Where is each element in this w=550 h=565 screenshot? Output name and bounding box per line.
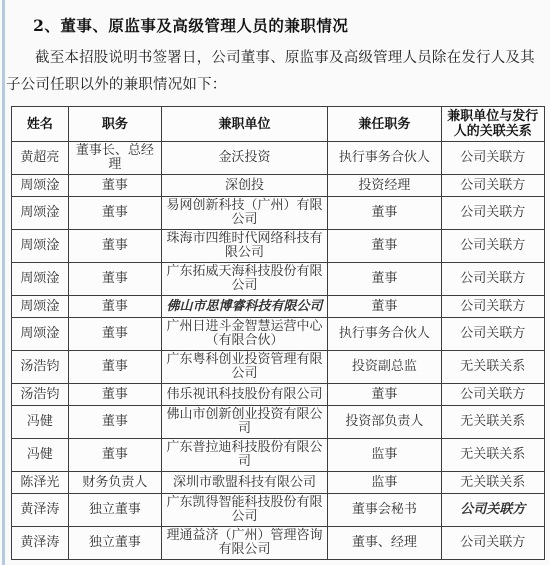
cell-name: 周颂淦	[12, 296, 69, 318]
cell-position: 董事	[68, 406, 161, 439]
section-title: 2、董事、原监事及高级管理人员的兼职情况	[6, 14, 546, 36]
cell-relation: 无关联关系	[441, 351, 544, 384]
cell-relation: 公司关联方	[441, 384, 544, 406]
cell-unit-position: 执行事务合伙人	[328, 142, 441, 175]
page-edge-strip	[2, 0, 5, 565]
cell-unit-position: 董事	[328, 263, 441, 296]
table-row: 汤浩钧董事伟乐视讯科技股份有限公司董事公司关联方	[12, 384, 545, 406]
cell-name: 冯健	[12, 439, 69, 472]
cell-unit: 广东粤科创业投资管理有限公司	[161, 351, 327, 384]
cell-unit: 易网创新科技（广州）有限公司	[161, 197, 327, 230]
header-relation: 兼职单位与发行人的关联关系	[441, 107, 544, 142]
cell-name: 周颂淦	[12, 263, 69, 296]
table-row: 陈泽光财务负责人深圳市歌盟科技有限公司监事无关联关系	[12, 472, 545, 494]
cell-unit-position: 执行事务合伙人	[328, 318, 441, 351]
cell-unit: 伟乐视讯科技股份有限公司	[161, 384, 327, 406]
cell-relation: 公司关联方	[441, 175, 544, 197]
cell-name: 黄超亮	[12, 142, 69, 175]
cell-unit-position: 投资部负责人	[328, 406, 441, 439]
cell-unit: 广东普拉迪科技股份有限公司	[161, 439, 327, 472]
cell-relation: 公司关联方	[441, 318, 544, 351]
cell-unit-position: 董事会秘书	[328, 494, 441, 527]
cell-position: 董事	[68, 230, 161, 263]
cell-unit: 佛山市思博睿科技有限公司	[161, 296, 327, 318]
cell-name: 黄泽涛	[12, 494, 69, 527]
cell-name: 黄泽涛	[12, 527, 69, 560]
table-row: 周颂淦董事珠海市四维时代网络科技有限公司董事公司关联方	[12, 230, 545, 263]
table-row: 周颂淦董事深创投投资经理公司关联方	[12, 175, 545, 197]
table-body: 黄超亮董事长、总经理金沃投资执行事务合伙人公司关联方周颂淦董事深创投投资经理公司…	[12, 142, 545, 560]
cell-unit: 深创投	[161, 175, 327, 197]
cell-position: 董事	[68, 351, 161, 384]
cell-relation: 公司关联方	[441, 263, 544, 296]
cell-name: 汤浩钧	[12, 384, 69, 406]
table-row: 周颂淦董事佛山市思博睿科技有限公司董事公司关联方	[12, 296, 545, 318]
cell-unit-position: 董事	[328, 230, 441, 263]
cell-position: 董事	[68, 263, 161, 296]
cell-name: 周颂淦	[12, 230, 69, 263]
cell-relation: 公司关联方	[441, 197, 544, 230]
cell-unit: 理通益济（广州）管理咨询有限公司	[161, 527, 327, 560]
cell-name: 周颂淦	[12, 175, 69, 197]
cell-relation: 公司关联方	[441, 296, 544, 318]
cell-position: 董事	[68, 197, 161, 230]
cell-unit-position: 董事、经理	[328, 527, 441, 560]
cell-name: 冯健	[12, 406, 69, 439]
table-row: 黄泽涛独立董事理通益济（广州）管理咨询有限公司董事、经理公司关联方	[12, 527, 545, 560]
cell-unit-position: 投资副总监	[328, 351, 441, 384]
table-row: 汤浩钧董事广东粤科创业投资管理有限公司投资副总监无关联关系	[12, 351, 545, 384]
table-row: 周颂淦董事易网创新科技（广州）有限公司董事公司关联方	[12, 197, 545, 230]
table-header-row: 姓名 职务 兼职单位 兼任职务 兼职单位与发行人的关联关系	[12, 107, 545, 142]
header-unit: 兼职单位	[161, 107, 327, 142]
cell-unit-position: 董事	[328, 197, 441, 230]
cell-unit-position: 投资经理	[328, 175, 441, 197]
cell-unit-position: 董事	[328, 384, 441, 406]
cell-unit: 广东凯得智能科技股份有限公司	[161, 494, 327, 527]
cell-relation: 公司关联方	[441, 494, 544, 527]
cell-position: 董事	[68, 175, 161, 197]
cell-unit-position: 监事	[328, 439, 441, 472]
cell-position: 董事	[68, 296, 161, 318]
table-row: 冯健董事广东普拉迪科技股份有限公司监事无关联关系	[12, 439, 545, 472]
header-unit-position: 兼任职务	[328, 107, 441, 142]
cell-relation: 无关联关系	[441, 472, 544, 494]
cell-relation: 公司关联方	[441, 142, 544, 175]
cell-position: 董事	[68, 318, 161, 351]
concurrent-positions-table: 姓名 职务 兼职单位 兼任职务 兼职单位与发行人的关联关系 黄超亮董事长、总经理…	[11, 106, 545, 560]
table-row: 黄泽涛独立董事广东凯得智能科技股份有限公司董事会秘书公司关联方	[12, 494, 545, 527]
cell-position: 董事长、总经理	[68, 142, 161, 175]
cell-position: 独立董事	[68, 494, 161, 527]
cell-name: 周颂淦	[12, 197, 69, 230]
intro-paragraph: 截至本招股说明书签署日，公司董事、原监事及高级管理人员除在发行人及其子公司任职以…	[6, 45, 544, 99]
cell-unit: 广州日进斗金智慧运营中心（有限合伙）	[161, 318, 327, 351]
cell-relation: 无关联关系	[441, 439, 544, 472]
cell-relation: 公司关联方	[441, 230, 544, 263]
header-name: 姓名	[12, 107, 69, 142]
cell-position: 财务负责人	[68, 472, 161, 494]
cell-unit-position: 董事	[328, 296, 441, 318]
table-row: 周颂淦董事广东拓威天海科技股份有限公司董事公司关联方	[12, 263, 545, 296]
table-row: 冯健董事佛山市创新创业投资有限公司投资部负责人无关联关系	[12, 406, 545, 439]
table-row: 黄超亮董事长、总经理金沃投资执行事务合伙人公司关联方	[12, 142, 545, 175]
cell-unit-position: 监事	[328, 472, 441, 494]
cell-position: 独立董事	[68, 527, 161, 560]
cell-position: 董事	[68, 439, 161, 472]
cell-unit: 佛山市创新创业投资有限公司	[161, 406, 327, 439]
cell-unit: 金沃投资	[161, 142, 327, 175]
cell-unit: 深圳市歌盟科技有限公司	[161, 472, 327, 494]
cell-name: 周颂淦	[12, 318, 69, 351]
cell-unit: 广东拓威天海科技股份有限公司	[161, 263, 327, 296]
cell-name: 汤浩钧	[12, 351, 69, 384]
document-body: 2、董事、原监事及高级管理人员的兼职情况 截至本招股说明书签署日，公司董事、原监…	[6, 0, 546, 560]
cell-position: 董事	[68, 384, 161, 406]
header-position: 职务	[68, 107, 161, 142]
cell-name: 陈泽光	[12, 472, 69, 494]
cell-relation: 无关联关系	[441, 406, 544, 439]
cell-unit: 珠海市四维时代网络科技有限公司	[161, 230, 327, 263]
cell-relation: 公司关联方	[441, 527, 544, 560]
table-row: 周颂淦董事广州日进斗金智慧运营中心（有限合伙）执行事务合伙人公司关联方	[12, 318, 545, 351]
